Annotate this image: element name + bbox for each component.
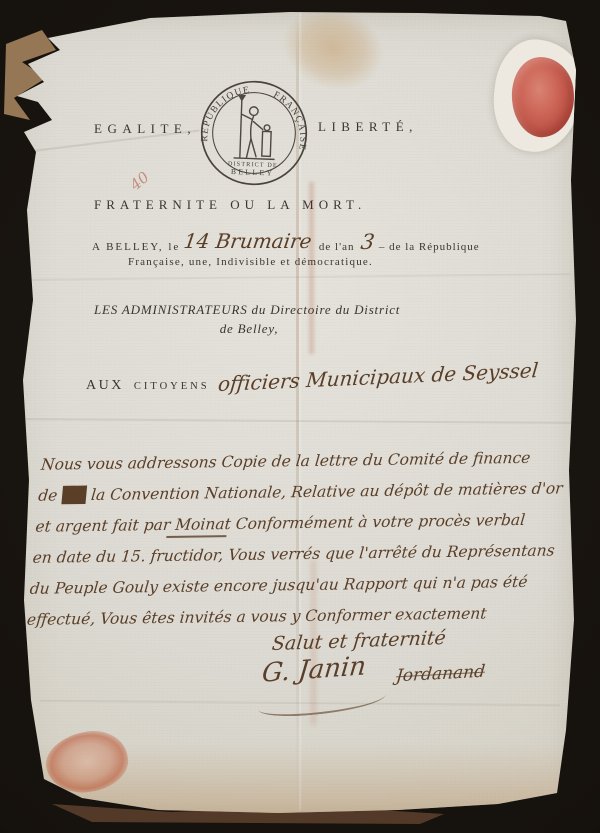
dateline-printed-middle: de l'an [319,241,355,253]
seal-city-text: BELLEY [231,167,275,178]
sender-line2: de Belley, [94,321,404,337]
svg-text:REPUBLIQUE: REPUBLIQUE [200,84,251,144]
egalite-text: EGALITE, [94,121,196,137]
dateline: A BELLEY, le 14 Brumaire de l'an 3 – de … [92,231,480,255]
liberte-text: LIBERTÉ, [318,119,418,135]
handwritten-date: 14 Brumaire [183,229,314,253]
motto-text: FRATERNITE OU LA MORT. [94,197,366,213]
document-photo: EGALITE, LIBERTÉ, REPUBLIQUE FRANÇAISE [0,0,600,833]
recipient-line: AUX CITOYENS officiers Municipaux de Sey… [86,370,538,394]
handwritten-year: 3 [360,230,377,254]
letter-body: Nous vous addressons Copie de la lettre … [26,442,588,636]
seal-arc-left-text: REPUBLIQUE [200,84,251,144]
republic-district-seal: REPUBLIQUE FRANÇAISE DISTRICT DE BELLEY [194,74,314,192]
sender-line1: LES ADMINISTRATEURS du Directoire du Dis… [94,302,404,318]
svg-text:FRANÇAISE: FRANÇAISE [270,90,309,152]
recipient-printed-citoyens: CITOYENS [134,381,210,392]
seal-arc-right-text: FRANÇAISE [270,90,309,152]
dateline-printed-suffix: – de la République [379,241,480,253]
dateline-printed-prefix: A BELLEY, le [92,241,180,253]
liberty-figure-icon [234,95,276,159]
sender-block: LES ADMINISTRATEURS du Directoire du Dis… [94,302,404,337]
dateline-line2: Française, une, Indivisible et démocrati… [128,256,373,268]
recipient-printed-aux: AUX [86,378,124,394]
